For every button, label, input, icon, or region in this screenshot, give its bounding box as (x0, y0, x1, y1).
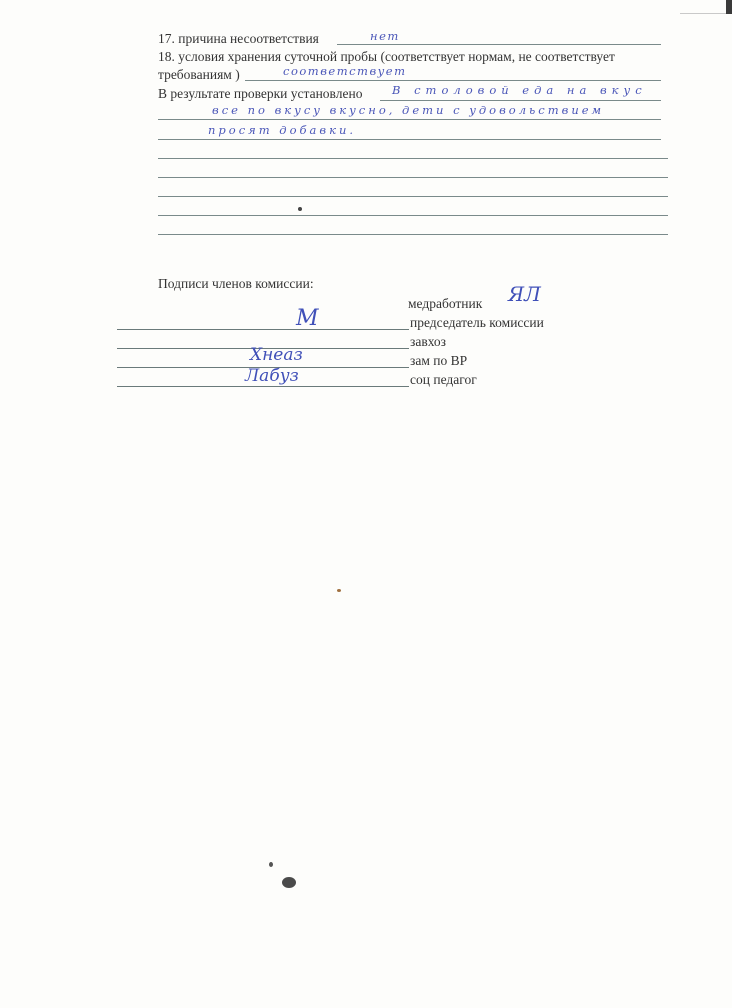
signature-medic: ЯЛ (508, 282, 541, 306)
item17-answer-line (337, 44, 661, 45)
result-line-6 (158, 196, 668, 197)
result-text-3: просят добавки. (208, 123, 356, 137)
signature-line-chair (117, 329, 409, 330)
item18-answer: соответствует (283, 64, 407, 78)
result-text-2: все по вкусу вкусно, дети с удовольствие… (212, 103, 604, 117)
item17-answer: нет (370, 29, 400, 43)
signature-chair: М (296, 306, 319, 331)
signature-line-social (117, 386, 409, 387)
ink-dot (298, 207, 302, 211)
scan-corner-mark (726, 0, 732, 14)
scanned-document-page: 17. причина несоответствия нет 18. услов… (0, 0, 732, 1008)
result-line-7 (158, 215, 668, 216)
stain-blot (282, 877, 296, 888)
role-chair: председатель комиссии (410, 315, 544, 331)
stain-small (337, 589, 341, 592)
result-line-2 (158, 119, 661, 120)
result-line-3 (158, 139, 661, 140)
role-deputy-edu: зам по ВР (410, 353, 467, 369)
item18-label-line2: требованиям ) (158, 67, 240, 83)
result-text-1: В столовой еда на вкус (392, 83, 647, 97)
signatures-heading: Подписи членов комиссии: (158, 276, 314, 292)
signature-social: Лабуз (245, 366, 299, 386)
result-line-8 (158, 234, 668, 235)
role-medic: медработник (408, 296, 482, 312)
item18-label-line1: 18. условия хранения суточной пробы (соо… (158, 49, 615, 65)
item18-answer-line (245, 80, 661, 81)
result-line-4 (158, 158, 668, 159)
scan-edge-line (680, 13, 726, 14)
role-social-teacher: соц педагог (410, 372, 477, 388)
result-label: В результате проверки установлено (158, 86, 362, 102)
result-line-5 (158, 177, 668, 178)
role-supply-manager: завхоз (410, 334, 446, 350)
signature-deputy: Хнеаз (250, 345, 303, 365)
stain-dot (269, 862, 273, 867)
result-line-1 (380, 100, 661, 101)
item17-label: 17. причина несоответствия (158, 31, 319, 47)
